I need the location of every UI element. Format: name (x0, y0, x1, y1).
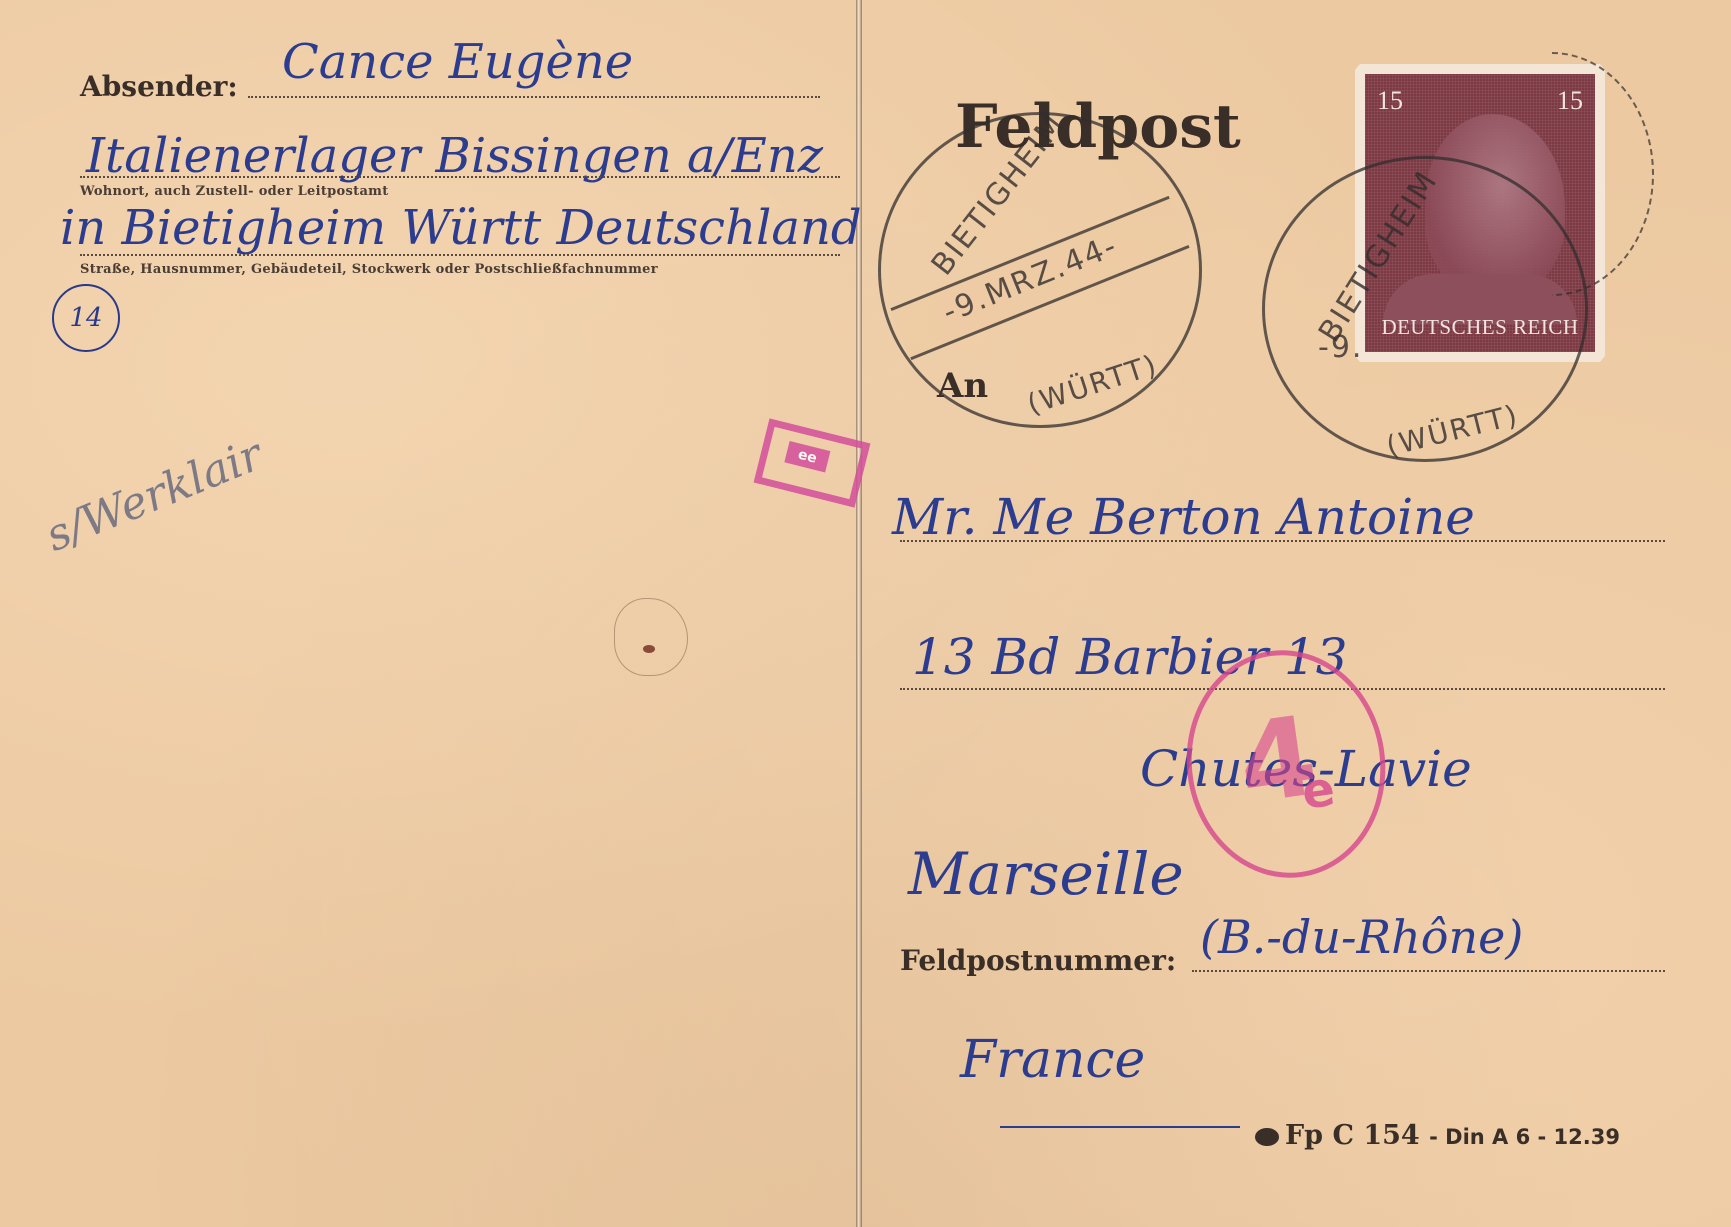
absender-line (248, 96, 820, 98)
feldpostnummer-line (1192, 970, 1665, 972)
absender-name: Cance Eugène (282, 34, 633, 90)
print-code-number: Fp C 154 (1285, 1120, 1420, 1151)
print-code: Fp C 154 - Din A 6 - 12.39 (1255, 1120, 1620, 1151)
postcard: Absender: Cance Eugène Italienerlager Bi… (0, 0, 1731, 1227)
pencil-note: s/Werklair (39, 429, 270, 562)
censor-box-stamp: ee (754, 418, 871, 507)
recipient-city: Marseille (908, 840, 1184, 908)
posthorn-logo-icon (1255, 1128, 1279, 1146)
address-line1-dots (80, 176, 840, 178)
recipient-name: Mr. Me Berton Antoine (892, 488, 1475, 546)
postmark-right: BIETIGHEIM (1262, 156, 1588, 462)
recipient-department: (B.-du-Rhône) (1200, 910, 1523, 964)
censor-circle-letter: e (1298, 761, 1338, 821)
address-line2-label: Straße, Hausnummer, Gebäudeteil, Stockwe… (80, 262, 658, 277)
address-line1-label: Wohnort, auch Zustell- oder Leitpostamt (80, 184, 389, 199)
stain-mark (614, 598, 688, 676)
postmark-right-date: -9. (1318, 330, 1363, 365)
print-code-format: - Din A 6 - 12.39 (1429, 1125, 1620, 1149)
feldpostnummer-label: Feldpostnummer: (900, 944, 1176, 977)
country-underline (1000, 1126, 1240, 1128)
censor-box-code: ee (784, 441, 830, 473)
recipient-country: France (960, 1030, 1145, 1090)
absender-label: Absender: (80, 70, 238, 103)
stamp-value-left: 15 (1377, 86, 1403, 116)
sender-address-line2: in Bietigheim Württ Deutschland (60, 200, 862, 256)
center-fold (856, 0, 862, 1227)
postmark-right-town: BIETIGHEIM (1312, 165, 1445, 349)
circled-number: 14 (52, 284, 120, 352)
address-line2-dots (80, 254, 840, 256)
recipient-name-line (900, 540, 1665, 542)
an-label: An (937, 366, 988, 406)
